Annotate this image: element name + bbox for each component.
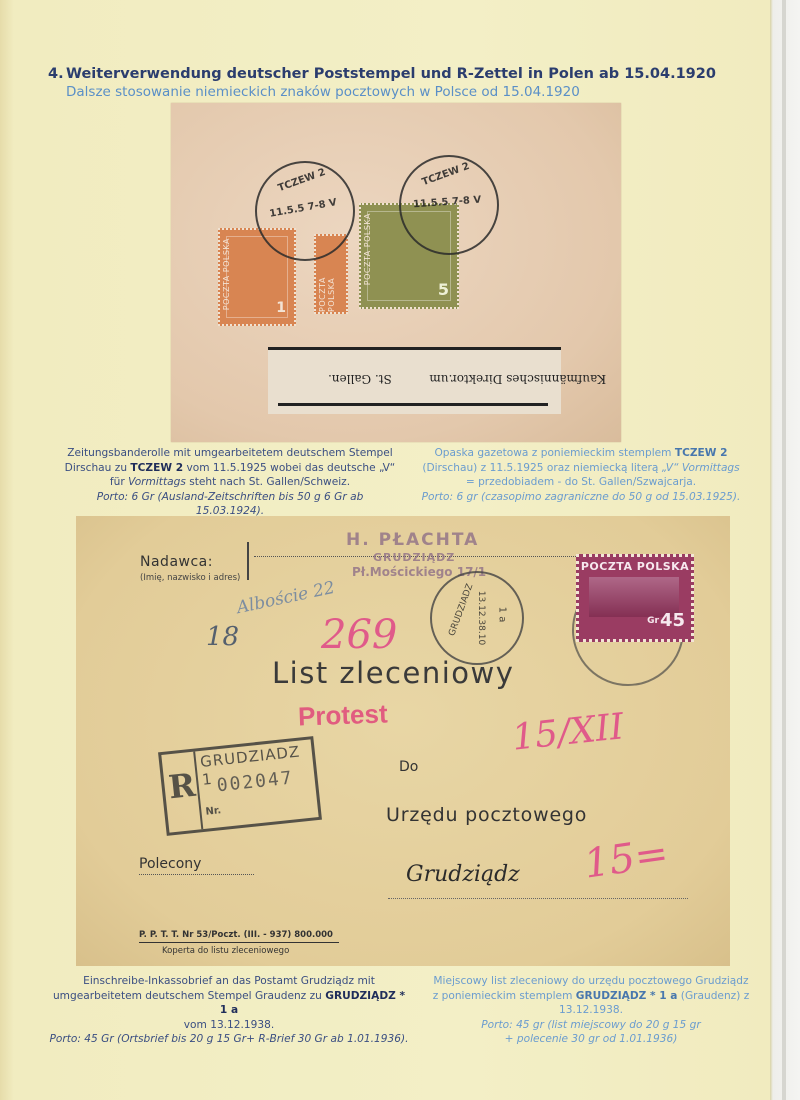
sender-stamp-city: GRUDZIĄDZ <box>373 551 455 564</box>
address-bar <box>278 403 548 406</box>
postmark-grudziadz: GRUDZIADZ 13.12.38.10 1 a <box>430 571 524 665</box>
caption-porto: Porto: 6 Gr (Ausland-Zeitschriften bis 5… <box>62 490 398 519</box>
postmark-office: TCZEW 2 <box>421 161 471 188</box>
caption-line: Miejscowy list zleceniowy do urzędu pocz… <box>410 974 772 989</box>
caption-item2-de: Einschreibe-Inkassobrief an das Postamt … <box>48 974 410 1047</box>
imprint-line-1: P. P. T. T. Nr 53/Poczt. (III. - 937) 80… <box>139 930 333 940</box>
caption-line: vom 13.12.1938. <box>48 1018 410 1033</box>
stamp-inscription: POCZTA POLSKA <box>363 213 372 285</box>
postmark-sub: 1 a <box>496 607 507 623</box>
caption-item1-pl: Opaska gazetowa z poniemieckim stemplem … <box>402 446 760 504</box>
caption-item1-de: Zeitungsbanderolle mit umgearbeitetem de… <box>62 446 398 519</box>
to-label: Do <box>399 759 418 775</box>
sender-bracket <box>247 542 249 580</box>
stamp-value: 5 <box>438 280 449 299</box>
caption-line: (Dirschau) z 11.5.1925 oraz niemiecką li… <box>402 461 760 476</box>
stamp-currency: Gr <box>647 616 659 626</box>
caption-line: Zeitungsbanderolle mit umgearbeitetem de… <box>62 446 398 461</box>
caption-porto: Porto: 6 gr (czasopimo zagraniczne do 50… <box>402 490 760 505</box>
recipient: Urzędu pocztowego <box>386 804 587 826</box>
stamp-value: 45 <box>660 610 685 631</box>
heading-pl: Dalsze stosowanie niemieckich znaków poc… <box>66 84 580 100</box>
registered-envelope: Nadawca: (Imię, nazwisko i adres) H. PŁA… <box>76 516 730 966</box>
section-number: 4. <box>48 66 64 82</box>
address-text: Kaufmännisches Direktor.um St. Gallen. <box>328 372 606 386</box>
handwritten-amount-red: 15= <box>581 830 671 887</box>
postmark-office: GRUDZIADZ <box>447 583 475 638</box>
address-line-1: Kaufmännisches Direktor.um <box>429 372 606 386</box>
section-heading: 4. Weiterverwendung deutscher Poststempe… <box>60 66 716 82</box>
caption-porto: + polecenie 30 gr od 1.01.1936) <box>410 1032 772 1047</box>
postmark-tczew-1: TCZEW 2 11.5.5 7-8 V <box>255 161 355 261</box>
caption-porto: Porto: 45 gr (list miejscowy do 20 g 15 … <box>410 1018 772 1033</box>
postmark-date: 11.5.5 7-8 V <box>269 197 338 220</box>
caption-line: Opaska gazetowa z poniemieckim stemplem … <box>402 446 760 461</box>
page-edge-line <box>782 0 786 1100</box>
stamp-inscription: POCZTA POLSKA <box>222 238 231 310</box>
address-label: Kaufmännisches Direktor.um St. Gallen. <box>268 347 561 414</box>
stamp-inscription: POCZTA POLSKA <box>579 560 691 573</box>
stamp-value: 1 <box>276 300 286 316</box>
imprint-rule <box>139 942 339 943</box>
protest-stamp: Protest <box>297 698 388 732</box>
registration-label: R GRUDZIADZ 1 002047 Nr. <box>158 736 322 836</box>
handwritten-fraction: 18 <box>206 622 239 652</box>
registration-letter: R <box>167 766 197 807</box>
caption-line: = przedobiadem - do St. Gallen/Szwajcarj… <box>402 475 760 490</box>
stamp-45-groszy: POCZTA POLSKA Gr 45 <box>576 554 694 642</box>
sender-stamp-name: H. PŁACHTA <box>346 530 479 550</box>
caption-line: für Vormittags steht nach St. Gallen/Sch… <box>62 475 398 490</box>
handwritten-city: Grudziądz <box>406 862 520 887</box>
handwritten-number-red: 269 <box>321 612 397 658</box>
caption-porto: Porto: 45 Gr (Ortsbrief bis 20 g 15 Gr+ … <box>48 1032 410 1047</box>
registration-nr: Nr. <box>205 805 222 818</box>
caption-line: umgearbeitetem deutschem Stempel Grauden… <box>48 989 410 1018</box>
envelope-title: List zleceniowy <box>272 656 514 690</box>
newspaper-wrapper: POCZTA POLSKA 1 POCZTA POLSKA POCZTA POL… <box>171 103 621 442</box>
postmark-tczew-2: TCZEW 2 11.5.5 7-8 V <box>399 155 499 255</box>
caption-line: z poniemieckim stemplem GRUDZIĄDZ * 1 a … <box>410 989 772 1018</box>
postmark-date: 13.12.38.10 <box>476 591 486 645</box>
imprint-line-2: Koperta do listu zleceniowego <box>162 946 289 956</box>
registered-dotted-line <box>139 874 254 875</box>
postmark-office: TCZEW 2 <box>277 167 327 194</box>
caption-line: Dirschau zu TCZEW 2 vom 11.5.1925 wobei … <box>62 461 398 476</box>
caption-line: Einschreibe-Inkassobrief an das Postamt … <box>48 974 410 989</box>
sender-label: Nadawca: <box>140 554 213 570</box>
registered-label: Polecony <box>139 856 201 872</box>
postmark-date: 11.5.5 7-8 V <box>413 195 482 211</box>
handwritten-date-red: 15/XII <box>510 706 626 758</box>
caption-item2-pl: Miejscowy list zleceniowy do urzędu pocz… <box>410 974 772 1047</box>
recipient-dotted-line <box>388 898 688 899</box>
sender-sublabel: (Imię, nazwisko i adres) <box>140 573 240 583</box>
address-line-2: St. Gallen. <box>328 372 392 386</box>
heading-de: Weiterverwendung deutscher Poststempel u… <box>66 66 716 82</box>
